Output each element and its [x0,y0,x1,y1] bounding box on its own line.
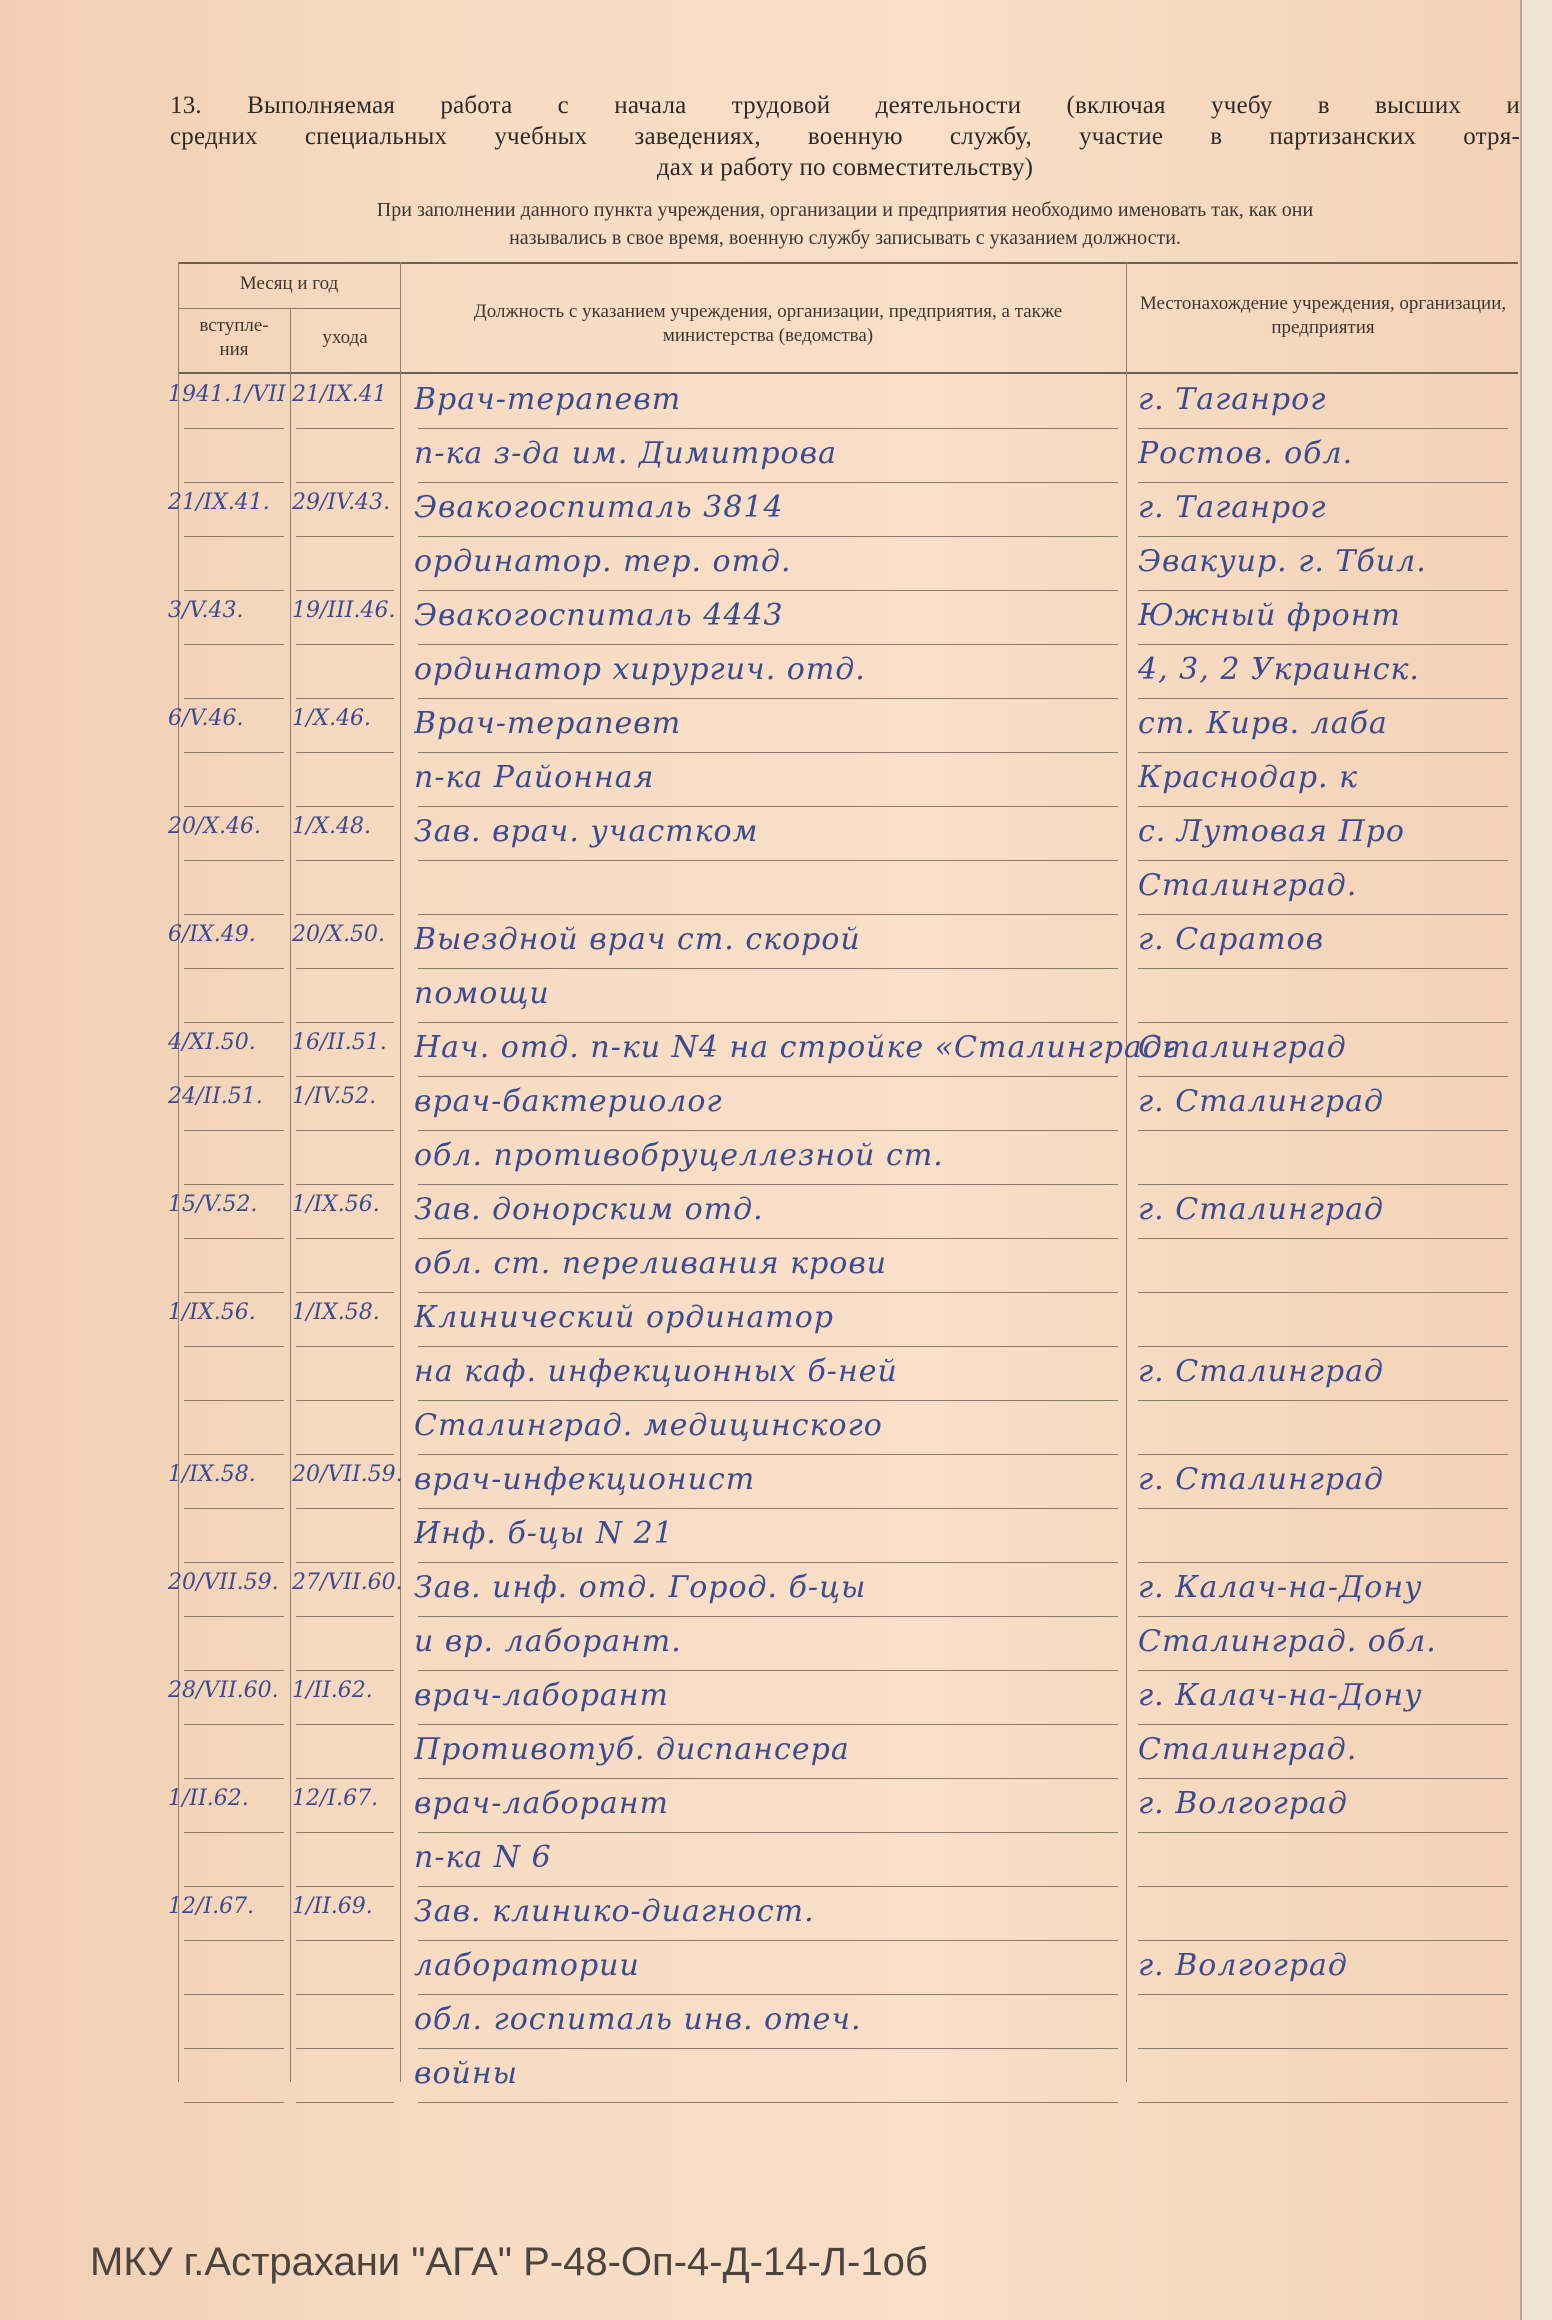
location-text: ст. Кирв. лаба [1138,706,1388,741]
ruled-line [296,752,394,753]
ruled-line [418,1724,1118,1725]
location-text: г. Волгоград [1138,1948,1348,1983]
ruled-line [1138,1400,1508,1401]
ruled-line [184,1022,284,1023]
ruled-line [1138,536,1508,537]
ruled-line [296,428,394,429]
section-title: 13. Выполняемая работа с начала трудовой… [170,90,1520,183]
ruled-line [418,1940,1118,1941]
header-month-year: Месяц и год [178,272,400,296]
ruled-line [296,1184,394,1185]
ruled-line [296,1454,394,1455]
ruled-line [296,536,394,537]
ruled-line [418,1184,1118,1185]
ruled-line [418,698,1118,699]
ruled-line [296,2048,394,2049]
position-text: врач-бактериолог [414,1084,723,1119]
location-text: с. Лутовая Про [1138,814,1405,849]
position-text: Врач-терапевт [414,382,681,417]
location-text: Сталинград. обл. [1138,1624,1437,1659]
section-title-line-1: 13. Выполняемая работа с начала трудовой… [170,90,1520,121]
header-bottom-border [178,372,1518,374]
end-date: 1/IX.58. [292,1300,380,1325]
location-text: г. Калач-на-Дону [1138,1570,1423,1605]
start-date: 4/XI.50. [168,1030,256,1055]
ruled-line [1138,914,1508,915]
ruled-line [1138,1292,1508,1293]
ruled-line [418,1238,1118,1239]
ruled-line [1138,644,1508,645]
ruled-line [418,860,1118,861]
position-text: Эвакогоспиталь 4443 [414,598,784,633]
ruled-line [418,644,1118,645]
position-text: врач-лаборант [414,1678,669,1713]
ruled-line [1138,1238,1508,1239]
ruled-line [296,1562,394,1563]
location-text: г. Сталинград [1138,1192,1384,1227]
ruled-line [296,1940,394,1941]
ruled-line [418,482,1118,483]
ruled-line [184,1346,284,1347]
end-date: 21/IX.41 [292,382,387,407]
ruled-line [296,1994,394,1995]
ruled-line [418,1346,1118,1347]
position-text: Инф. б-цы N 21 [414,1516,674,1551]
end-date: 1/X.48. [292,814,371,839]
ruled-line [1138,1454,1508,1455]
table-top-border [178,262,1518,264]
section-title-line-3: дах и работу по совместительству) [170,152,1520,183]
subheader-rule [178,308,400,309]
ruled-line [418,1886,1118,1887]
ruled-line [1138,1886,1508,1887]
position-text: Зав. инф. отд. Город. б-цы [414,1570,866,1605]
ruled-line [1138,1508,1508,1509]
ruled-line [184,1508,284,1509]
position-text: обл. ст. переливания крови [414,1246,887,1281]
start-date: 21/IX.41. [168,490,270,515]
location-text: Ростов. обл. [1138,436,1353,471]
ruled-line [1138,1022,1508,1023]
ruled-line [184,752,284,753]
ruled-line [418,2102,1118,2103]
ruled-line [296,1346,394,1347]
position-text: п-ка з-да им. Димитрова [414,436,837,471]
instruction-note-line-2: назывались в свое время, военную службу … [190,224,1500,252]
ruled-line [184,1562,284,1563]
header-end: ухода [290,326,400,350]
position-text: Нач. отд. п-ки N4 на стройке «Сталинград… [414,1030,1174,1065]
employment-table: Месяц и год вступле- ния ухода Должность… [178,262,1518,2082]
ruled-line [184,644,284,645]
ruled-line [418,1508,1118,1509]
ruled-line [1138,860,1508,861]
ruled-line [184,1292,284,1293]
ruled-line [184,1724,284,1725]
ruled-line [296,1238,394,1239]
end-date: 16/II.51. [292,1030,387,1055]
ruled-line [184,914,284,915]
ruled-line [296,860,394,861]
ruled-line [296,1292,394,1293]
position-text: на каф. инфекционных б-ней [414,1354,898,1389]
ruled-line [184,1400,284,1401]
location-text: г. Калач-на-Дону [1138,1678,1423,1713]
ruled-line [296,1616,394,1617]
start-date: 20/VII.59. [168,1570,279,1595]
position-text: обл. госпиталь инв. отеч. [414,2002,862,2037]
position-text: Противотуб. диспансера [414,1732,850,1767]
location-text: Сталинград. [1138,1732,1357,1767]
instruction-note-line-1: При заполнении данного пункта учреждения… [190,196,1500,224]
ruled-line [1138,482,1508,483]
start-date: 1941.1/VII [168,382,286,407]
ruled-line [184,428,284,429]
position-text: и вр. лаборант. [414,1624,682,1659]
location-text: г. Сталинград [1138,1084,1384,1119]
ruled-line [418,1130,1118,1131]
location-text: г. Саратов [1138,922,1324,957]
ruled-line [296,482,394,483]
end-date: 29/IV.43. [292,490,390,515]
ruled-line [418,914,1118,915]
ruled-line [296,1130,394,1131]
header-position: Должность с указанием учреждения, органи… [458,300,1078,348]
ruled-line [184,590,284,591]
position-text: врач-лаборант [414,1786,669,1821]
ruled-line [296,698,394,699]
ruled-line [296,1400,394,1401]
position-text: лаборатории [414,1948,640,1983]
header-start: вступле- ния [178,314,290,362]
ruled-line [418,536,1118,537]
end-date: 1/II.69. [292,1894,373,1919]
ruled-line [418,1994,1118,1995]
ruled-line [184,860,284,861]
end-date: 20/VII.59. [292,1462,403,1487]
ruled-line [296,1886,394,1887]
section-title-line-2: средних специальных учебных заведениях, … [170,121,1520,152]
position-text: Зав. клинико-диагност. [414,1894,815,1929]
end-date: 19/III.46. [292,598,395,623]
ruled-line [1138,2048,1508,2049]
ruled-line [1138,428,1508,429]
ruled-line [184,536,284,537]
ruled-line [1138,1346,1508,1347]
ruled-line [418,1778,1118,1779]
ruled-line [418,1562,1118,1563]
ruled-line [418,2048,1118,2049]
col-divider-start-end [290,308,291,2082]
ruled-line [184,1454,284,1455]
ruled-line [418,1832,1118,1833]
ruled-line [1138,1832,1508,1833]
location-text: г. Сталинград [1138,1354,1384,1389]
instruction-note: При заполнении данного пункта учреждения… [190,196,1500,252]
ruled-line [296,968,394,969]
ruled-line [1138,968,1508,969]
start-date: 28/VII.60. [168,1678,279,1703]
ruled-line [1138,1076,1508,1077]
position-text: п-ка Районная [414,760,655,795]
ruled-line [1138,1940,1508,1941]
end-date: 1/II.62. [292,1678,373,1703]
ruled-line [184,2048,284,2049]
ruled-line [184,698,284,699]
ruled-line [184,1778,284,1779]
ruled-line [296,590,394,591]
position-text: ординатор. тер. отд. [414,544,792,579]
location-text: Краснодар. к [1138,760,1358,795]
ruled-line [1138,806,1508,807]
ruled-line [1138,1130,1508,1131]
ruled-line [296,1670,394,1671]
start-date: 20/X.46. [168,814,261,839]
position-text: Сталинград. медицинского [414,1408,883,1443]
ruled-line [184,2102,284,2103]
ruled-line [296,914,394,915]
ruled-line [296,806,394,807]
ruled-line [184,482,284,483]
ruled-line [184,968,284,969]
end-date: 20/X.50. [292,922,385,947]
ruled-line [296,1508,394,1509]
ruled-line [296,1778,394,1779]
position-text: п-ка N 6 [414,1840,552,1875]
ruled-line [418,428,1118,429]
end-date: 1/X.46. [292,706,371,731]
end-date: 1/IV.52. [292,1084,376,1109]
position-text: Зав. врач. участком [414,814,758,849]
ruled-line [184,1130,284,1131]
position-text: войны [414,2056,518,2091]
ruled-line [1138,698,1508,699]
ruled-line [1138,1778,1508,1779]
start-date: 1/IX.56. [168,1300,256,1325]
ruled-line [1138,1994,1508,1995]
ruled-line [1138,1616,1508,1617]
ruled-line [184,1940,284,1941]
ruled-line [184,1616,284,1617]
position-text: Врач-терапевт [414,706,681,741]
ruled-line [296,2102,394,2103]
position-text: Зав. донорским отд. [414,1192,764,1227]
ruled-line [1138,1184,1508,1185]
ruled-line [418,1022,1118,1023]
position-text: Эвакогоспиталь 3814 [414,490,784,525]
position-text: ординатор хирургич. отд. [414,652,866,687]
ruled-line [184,1670,284,1671]
header-location: Местонахождение учреждения, организации,… [1138,292,1508,340]
start-date: 6/IX.49. [168,922,256,947]
ruled-line [184,1184,284,1185]
ruled-line [296,1724,394,1725]
ruled-line [184,1076,284,1077]
ruled-line [418,1076,1118,1077]
ruled-line [418,1670,1118,1671]
ruled-line [1138,590,1508,591]
archive-reference: МКУ г.Астрахани "АГА" Р-48-Оп-4-Д-14-Л-1… [90,2240,928,2285]
ruled-line [418,752,1118,753]
location-text: Сталинград [1138,1030,1347,1065]
ruled-line [296,1832,394,1833]
position-text: Клинический ординатор [414,1300,834,1335]
ruled-line [418,1454,1118,1455]
start-date: 12/I.67. [168,1894,254,1919]
next-page-edge [1520,0,1552,2320]
ruled-line [184,806,284,807]
ruled-line [296,1022,394,1023]
location-text: Сталинград. [1138,868,1357,903]
position-text: Выездной врач ст. скорой [414,922,861,957]
ruled-line [296,644,394,645]
ruled-line [184,1238,284,1239]
ruled-line [1138,1670,1508,1671]
position-text: обл. противобруцеллезной ст. [414,1138,944,1173]
ruled-line [418,1292,1118,1293]
ruled-line [418,1616,1118,1617]
ruled-line [1138,752,1508,753]
start-date: 24/II.51. [168,1084,263,1109]
ruled-line [1138,2102,1508,2103]
start-date: 6/V.46. [168,706,243,731]
ruled-line [184,1832,284,1833]
location-text: 4, 3, 2 Украинск. [1138,652,1420,687]
end-date: 12/I.67. [292,1786,378,1811]
location-text: г. Волгоград [1138,1786,1348,1821]
col-divider-position-location [1126,262,1127,2082]
position-text: врач-инфекционист [414,1462,755,1497]
ruled-line [418,590,1118,591]
end-date: 27/VII.60. [292,1570,403,1595]
position-text: помощи [414,976,550,1011]
ruled-line [1138,1562,1508,1563]
ruled-line [1138,1724,1508,1725]
ruled-line [184,1886,284,1887]
location-text: Эвакуир. г. Тбил. [1138,544,1427,579]
start-date: 15/V.52. [168,1192,257,1217]
ruled-line [418,1400,1118,1401]
col-divider-dates-position [400,262,401,2082]
location-text: г. Таганрог [1138,490,1326,525]
start-date: 1/II.62. [168,1786,249,1811]
end-date: 1/IX.56. [292,1192,380,1217]
ruled-line [418,968,1118,969]
ruled-line [184,1994,284,1995]
ruled-line [418,806,1118,807]
location-text: г. Сталинград [1138,1462,1384,1497]
start-date: 3/V.43. [168,598,243,623]
location-text: Южный фронт [1138,598,1401,633]
ruled-line [296,1076,394,1077]
start-date: 1/IX.58. [168,1462,256,1487]
location-text: г. Таганрог [1138,382,1326,417]
